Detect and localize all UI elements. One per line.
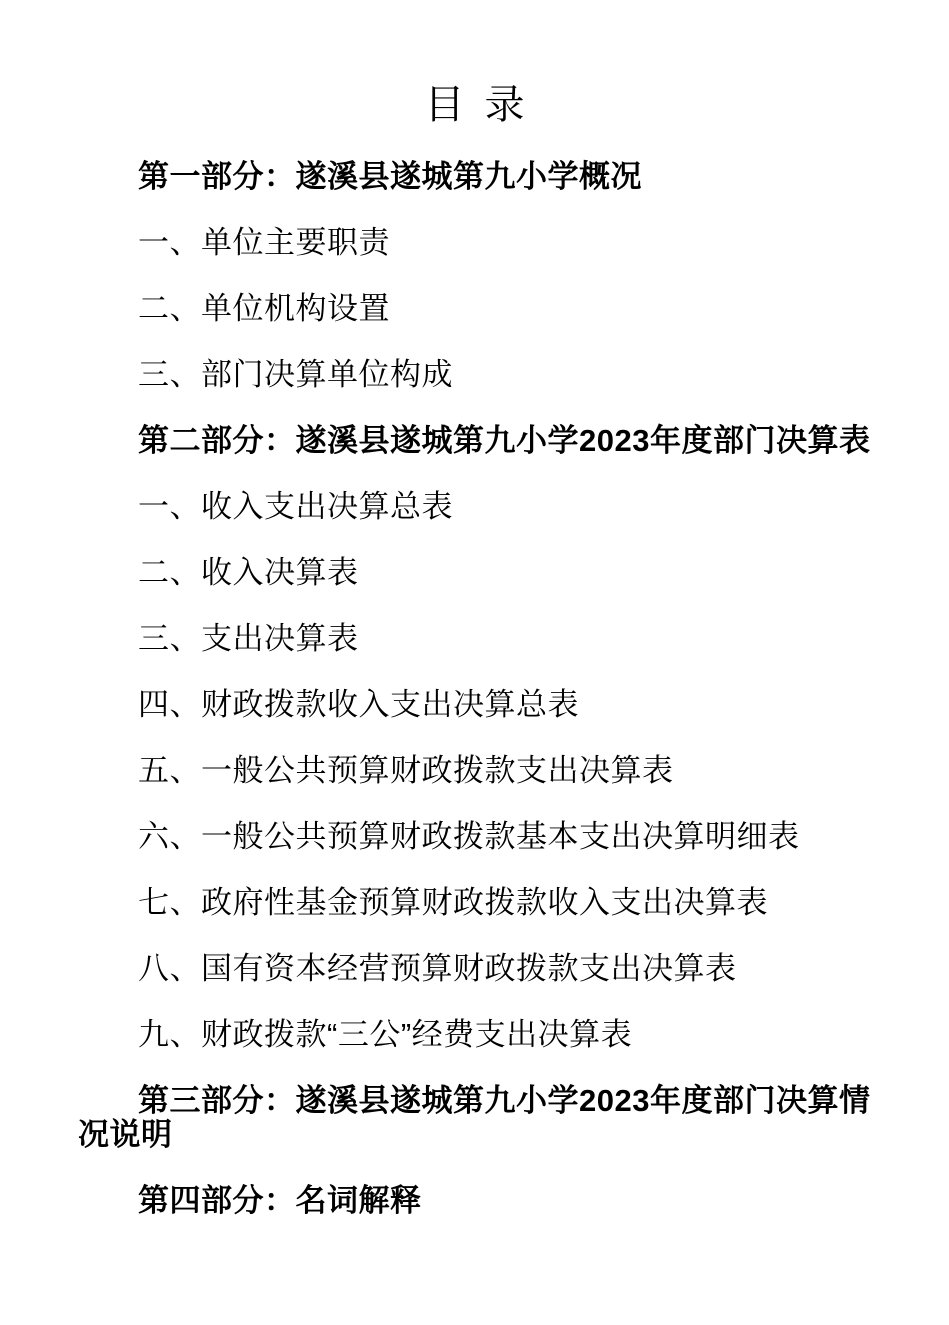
toc-item: 三、支出决算表 (78, 622, 871, 656)
toc-item: 八、国有资本经营预算财政拨款支出决算表 (78, 952, 871, 986)
toc-item: 六、一般公共预算财政拨款基本支出决算明细表 (78, 820, 871, 854)
toc-item: 七、政府性基金预算财政拨款收入支出决算表 (78, 886, 871, 920)
toc-heading-part1: 第一部分：遂溪县遂城第九小学概况 (78, 160, 871, 194)
toc-title: 目 录 (78, 82, 871, 128)
toc-item: 一、收入支出决算总表 (78, 490, 871, 524)
toc-item: 三、部门决算单位构成 (78, 358, 871, 392)
toc-item: 五、一般公共预算财政拨款支出决算表 (78, 754, 871, 788)
toc-item: 二、收入决算表 (78, 556, 871, 590)
toc-item: 四、财政拨款收入支出决算总表 (78, 688, 871, 722)
toc-heading-part3: 第三部分：遂溪县遂城第九小学2023年度部门决算情况说明 (78, 1084, 871, 1152)
toc-item: 一、单位主要职责 (78, 226, 871, 260)
document-page: 目 录 第一部分：遂溪县遂城第九小学概况 一、单位主要职责 二、单位机构设置 三… (0, 0, 949, 1325)
toc-heading-part2: 第二部分：遂溪县遂城第九小学2023年度部门决算表 (78, 424, 871, 458)
toc-item: 九、财政拨款“三公”经费支出决算表 (78, 1018, 871, 1052)
toc-item: 二、单位机构设置 (78, 292, 871, 326)
toc-heading-part4: 第四部分：名词解释 (78, 1184, 871, 1218)
